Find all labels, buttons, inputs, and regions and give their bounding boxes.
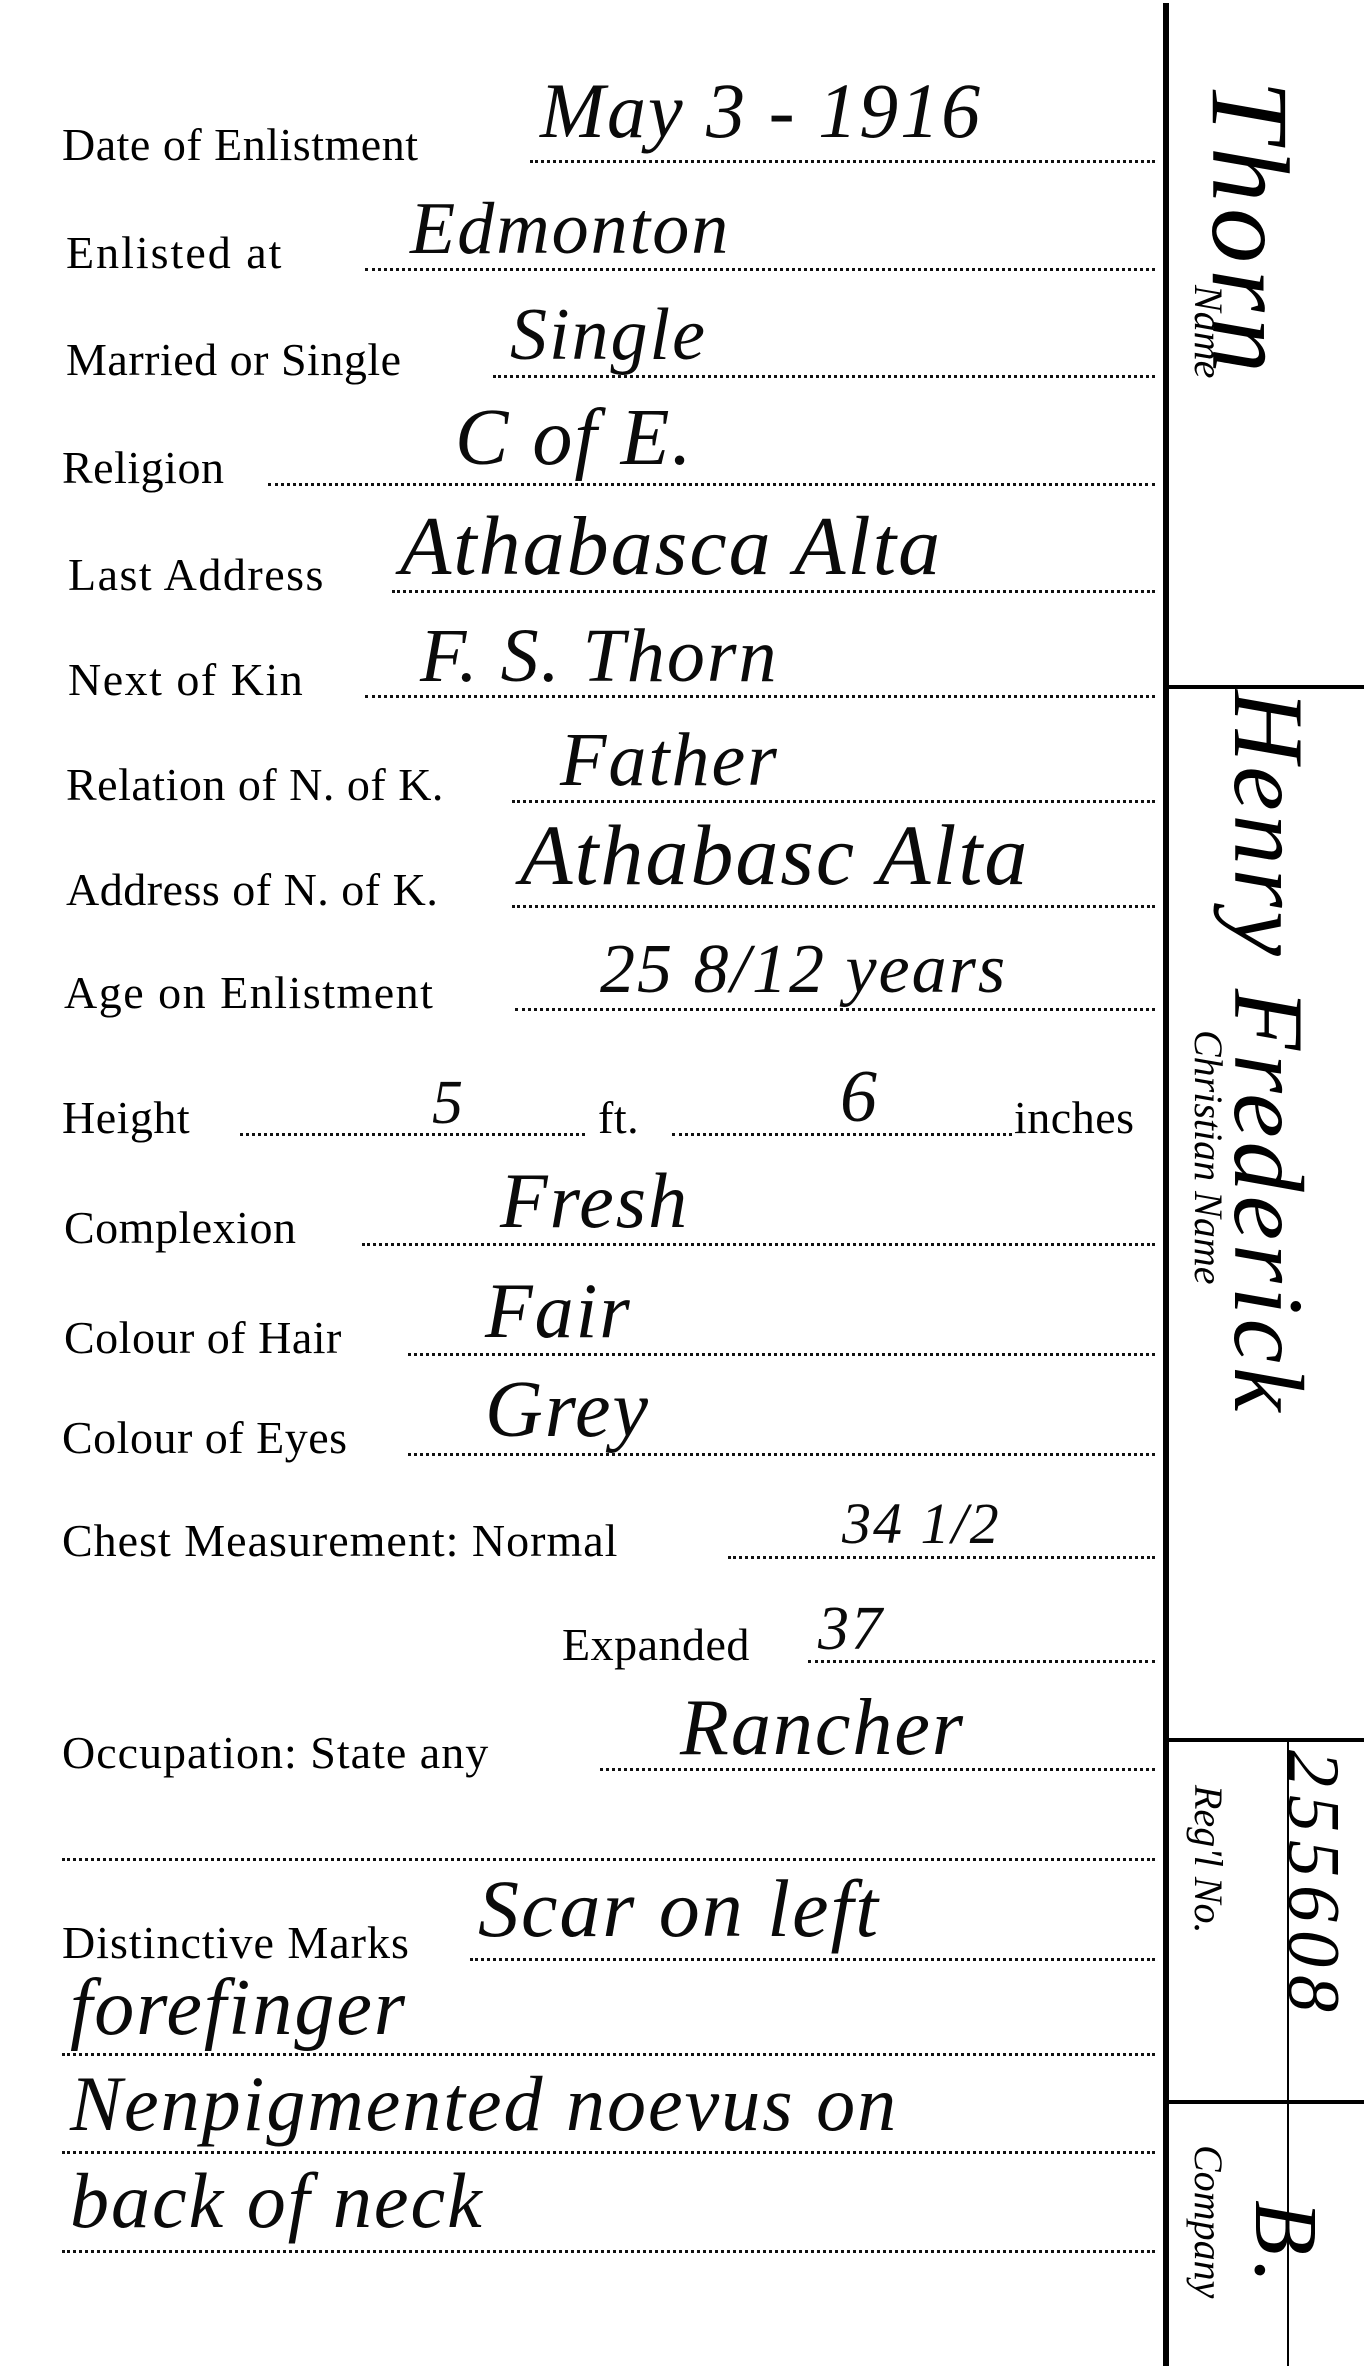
- value-chest-normal: 34 1/2: [842, 1495, 1001, 1553]
- value-distinctive-marks-line-4: back of neck: [70, 2162, 484, 2240]
- value-occupation: Rancher: [680, 1688, 965, 1768]
- dotted-line: [62, 2151, 1155, 2154]
- value-distinctive-marks-line-1: Scar on left: [478, 1868, 880, 1950]
- value-date-of-enlistment: May 3 - 1916: [540, 72, 982, 150]
- label-religion: Religion: [62, 445, 224, 491]
- label-height: Height: [62, 1095, 190, 1141]
- dotted-line: [268, 483, 1155, 486]
- side-value-regimental-no: 255608: [1276, 1750, 1350, 2020]
- side-panel-divider: [1169, 2100, 1364, 2104]
- side-value-name: Thorn: [1195, 80, 1305, 379]
- attestation-card: Date of Enlistment May 3 - 1916 Enlisted…: [0, 0, 1370, 2366]
- dotted-line: [240, 1133, 585, 1136]
- label-colour-of-eyes: Colour of Eyes: [62, 1415, 348, 1461]
- label-last-address: Last Address: [68, 552, 325, 598]
- side-label-company: Company: [1188, 2145, 1228, 2298]
- label-chest-expanded: Expanded: [562, 1622, 750, 1668]
- value-height-inches: 6: [840, 1060, 879, 1134]
- label-address-nok: Address of N. of K.: [66, 867, 438, 913]
- label-date-of-enlistment: Date of Enlistment: [62, 122, 418, 168]
- label-age-on-enlistment: Age on Enlistment: [64, 970, 434, 1016]
- label-next-of-kin: Next of Kin: [68, 657, 304, 703]
- side-value-company: B.: [1240, 2200, 1330, 2289]
- dotted-line: [62, 2053, 1155, 2056]
- dotted-line: [362, 1243, 1155, 1246]
- side-panel-divider: [1169, 1738, 1364, 1742]
- value-chest-expanded: 37: [818, 1598, 884, 1660]
- value-address-nok: Athabasc Alta: [520, 812, 1029, 898]
- label-distinctive-marks: Distinctive Marks: [62, 1920, 410, 1966]
- value-complexion: Fresh: [500, 1162, 689, 1240]
- value-colour-of-eyes: Grey: [485, 1370, 650, 1450]
- value-enlisted-at: Edmonton: [410, 192, 730, 266]
- dotted-line: [530, 160, 1155, 163]
- value-height-feet: 5: [432, 1072, 465, 1134]
- side-label-regimental-no: Reg'l No.: [1188, 1785, 1228, 1934]
- dotted-line: [512, 905, 1155, 908]
- value-colour-of-hair: Fair: [485, 1272, 632, 1350]
- dotted-line: [470, 1958, 1155, 1961]
- value-age-on-enlistment: 25 8/12 years: [600, 935, 1007, 1005]
- value-distinctive-marks-line-2: forefinger: [70, 1968, 407, 2048]
- dotted-line: [515, 1008, 1155, 1011]
- value-distinctive-marks-line-3: Nenpigmented noevus on: [70, 2065, 898, 2143]
- label-occupation: Occupation: State any: [62, 1730, 489, 1776]
- side-panel-divider: [1169, 685, 1364, 689]
- value-relation-nok: Father: [560, 722, 779, 798]
- dotted-line: [62, 2250, 1155, 2253]
- side-panel-border: [1163, 3, 1169, 2366]
- side-value-christian-name: Henry Frederick: [1218, 690, 1318, 1415]
- dotted-line: [728, 1556, 1155, 1559]
- value-religion: C of E.: [455, 398, 693, 478]
- dotted-line: [62, 1858, 1155, 1861]
- value-next-of-kin: F. S. Thorn: [420, 618, 778, 694]
- value-married-or-single: Single: [510, 298, 707, 372]
- label-height-inches: inches: [1014, 1095, 1135, 1141]
- label-complexion: Complexion: [64, 1205, 296, 1251]
- label-chest-normal: Chest Measurement: Normal: [62, 1518, 618, 1564]
- label-married-or-single: Married or Single: [66, 337, 402, 383]
- label-relation-nok: Relation of N. of K.: [66, 762, 444, 808]
- value-last-address: Athabasca Alta: [400, 505, 942, 589]
- label-enlisted-at: Enlisted at: [66, 230, 283, 276]
- label-colour-of-hair: Colour of Hair: [64, 1315, 342, 1361]
- label-height-ft: ft.: [598, 1095, 639, 1141]
